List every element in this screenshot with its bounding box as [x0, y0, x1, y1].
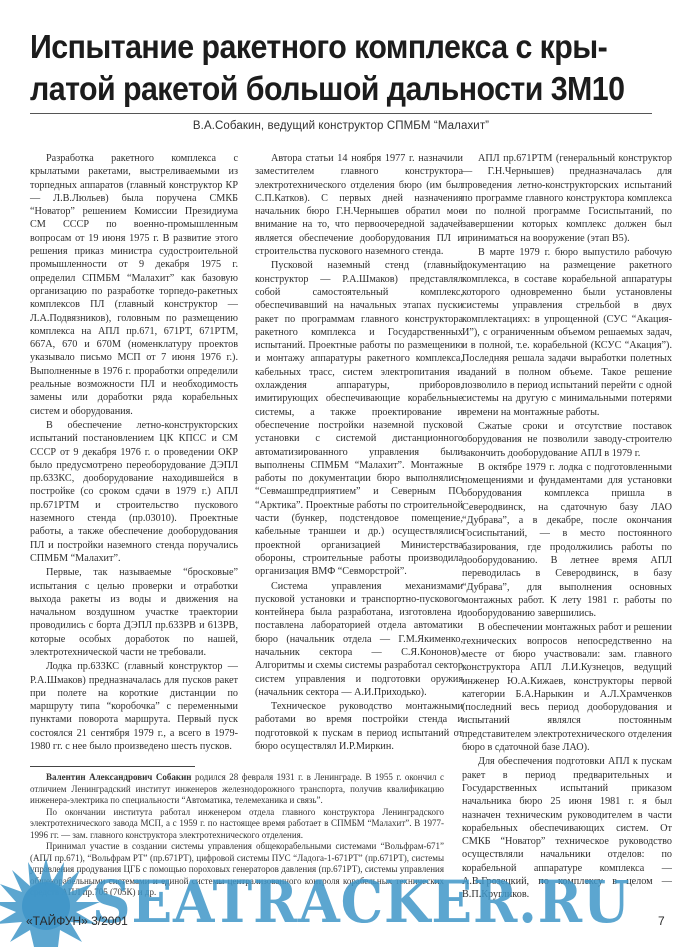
- paragraph: Разработка ракетного комплекса с крылаты…: [30, 152, 238, 418]
- column-3: АПЛ пр.671РТМ (генеральный конструктор —…: [462, 152, 672, 903]
- footnote-paragraph: По окончании института работал инженером…: [30, 807, 444, 842]
- author-byline: В.А.Собакин, ведущий конструктор СПМБМ “…: [0, 120, 682, 132]
- title-line-2: латой ракетой большой дальности 3М10: [30, 68, 600, 110]
- paragraph: Лодка пр.633КС (главный конструктор — Р.…: [30, 660, 238, 753]
- footnote-divider: [30, 766, 195, 767]
- paragraph: Система управления механизмами пусковой …: [255, 580, 463, 700]
- magazine-page: Испытание ракетного комплекса с кры- лат…: [0, 0, 682, 947]
- column-1: Разработка ракетного комплекса с крылаты…: [30, 152, 238, 754]
- article-title: Испытание ракетного комплекса с кры- лат…: [30, 26, 600, 110]
- watermark-text: SEATRACKER.RU: [92, 872, 630, 932]
- author-name: Валентин Александрович Собакин: [46, 772, 191, 782]
- paragraph: Техническое руководство монтажными работ…: [255, 700, 463, 753]
- magazine-issue: «ТАЙФУН» 3/2001: [26, 914, 128, 928]
- paragraph: Автора статьи 14 ноября 1977 г. назначил…: [255, 152, 463, 258]
- paragraph: Пусковой наземный стенд (главный констру…: [255, 259, 463, 578]
- paragraph: Сжатые сроки и отсутствие поставок обору…: [462, 420, 672, 460]
- title-divider: [30, 113, 652, 114]
- page-number: 7: [658, 914, 665, 928]
- paragraph: Первые, так называемые “бросковые” испыт…: [30, 566, 238, 659]
- paragraph: В обеспечение летно-конструкторских испы…: [30, 419, 238, 565]
- paragraph: В марте 1979 г. бюро выпустило рабочую д…: [462, 246, 672, 419]
- column-2: Автора статьи 14 ноября 1977 г. назначил…: [255, 152, 463, 754]
- footnote-paragraph: Валентин Александрович Собакин родился 2…: [30, 772, 444, 807]
- title-line-1: Испытание ракетного комплекса с кры-: [30, 26, 600, 68]
- paragraph: В октябре 1979 г. лодка с подготовленным…: [462, 461, 672, 621]
- paragraph: АПЛ пр.671РТМ (генеральный конструктор —…: [462, 152, 672, 245]
- paragraph: В обеспечении монтажных работ и решении …: [462, 621, 672, 754]
